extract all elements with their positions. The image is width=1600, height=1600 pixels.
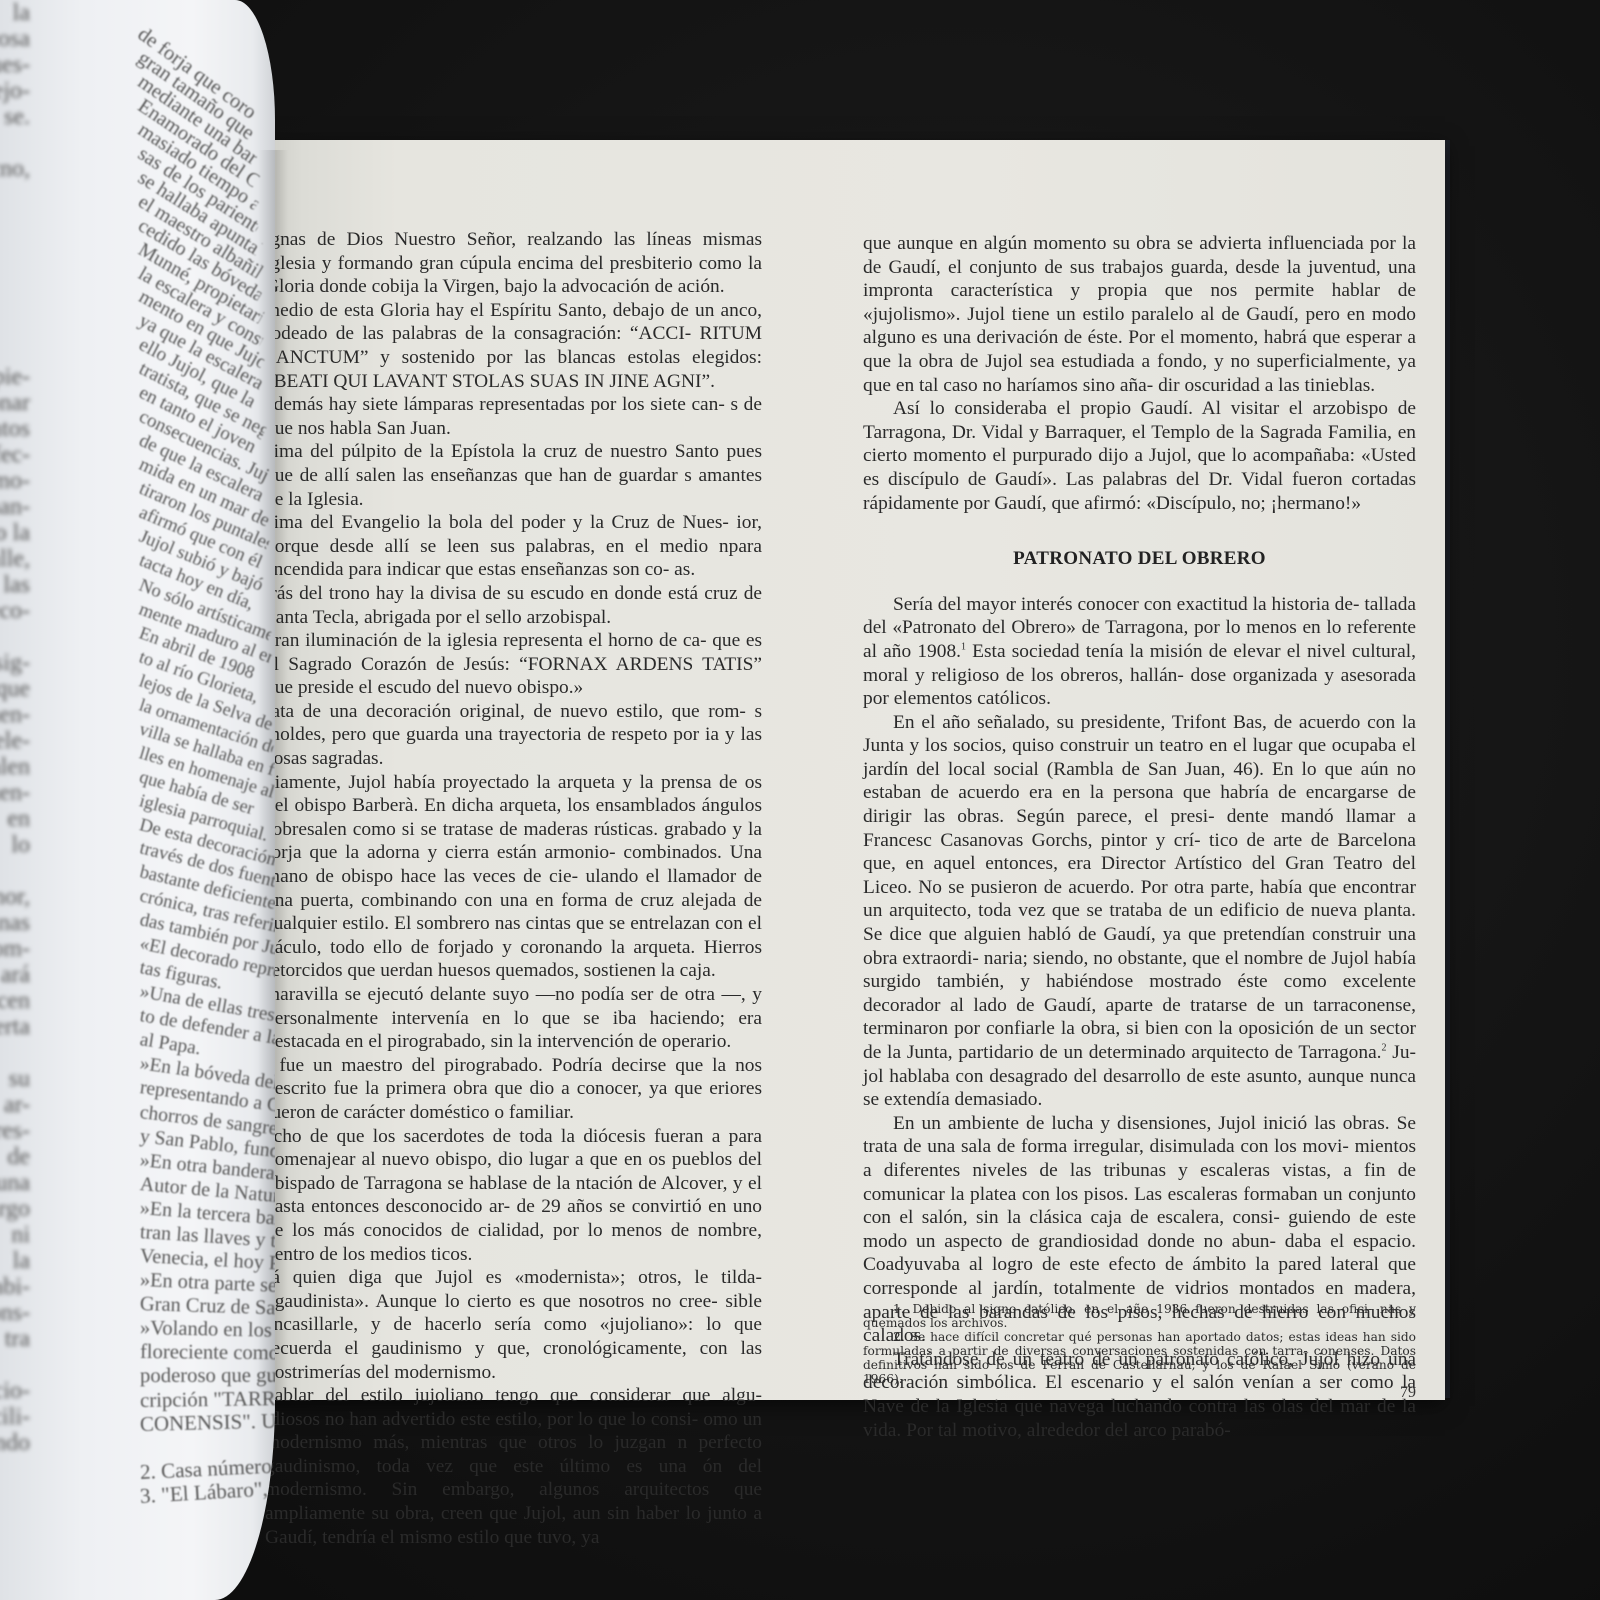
margin-fragment	[0, 1040, 30, 1066]
footnotes: 1. Debido al signo católico, en el año 1…	[863, 1302, 1416, 1386]
paragraph: además hay siete lámparas representadas …	[265, 393, 762, 440]
margin-fragment	[0, 260, 30, 286]
curled-line: poderoso que guarda	[140, 1364, 275, 1388]
margin-fragment: la	[0, 1248, 30, 1274]
margin-fragment	[0, 312, 30, 338]
margin-fragment: nues-	[0, 52, 30, 78]
margin-fragment: ele-	[0, 728, 30, 754]
footnote-2: 2. Se hace difícil concretar qué persona…	[863, 1330, 1416, 1386]
margin-fragment: uen-	[0, 780, 30, 806]
right-page-right-column: que aunque en algún momento su obra se a…	[863, 232, 1416, 1442]
paragraph: maravilla se ejecutó delante suyo —no po…	[265, 983, 762, 1054]
margin-fragment: mo-	[0, 468, 30, 494]
margin-fragment	[0, 1352, 30, 1378]
margin-fragment: nen-	[0, 702, 30, 728]
curled-line: cripción "TARRAC	[140, 1386, 275, 1412]
margin-fragment: abi-	[0, 1274, 30, 1300]
margin-fragment: ifec-	[0, 442, 30, 468]
margin-fragment: ons-	[0, 1300, 30, 1326]
margin-fragment: erta	[0, 1014, 30, 1040]
margin-fragment: ni	[0, 1222, 30, 1248]
margin-fragment: cosa	[0, 26, 30, 52]
paragraph: hablar del estilo jujoliano tengo que co…	[265, 1384, 762, 1549]
margin-fragment	[0, 286, 30, 312]
left-page-curled: lacosanues-rejo-se. ocno, pie-onarntosif…	[0, 0, 275, 1600]
margin-fragment	[0, 858, 30, 884]
section-heading: PATRONATO DEL OBRERO	[863, 547, 1416, 571]
margin-fragment: lo	[0, 832, 30, 858]
paragraph: rata de una decoración original, de nuev…	[265, 700, 762, 771]
margin-fragment: su	[0, 1066, 30, 1092]
margin-fragment: se.	[0, 104, 30, 130]
curled-line: floreciente como a Virgen	[140, 1340, 275, 1365]
paragraph: que aunque en algún momento su obra se a…	[863, 232, 1416, 397]
margin-fragment: acio-	[0, 1378, 30, 1404]
margin-fragment: nor,	[0, 884, 30, 910]
margin-fragment: la	[0, 0, 30, 26]
margin-fragment: cen	[0, 988, 30, 1014]
margin-fragment: cili-	[0, 1404, 30, 1430]
paragraph: ignas de Dios Nuestro Señor, realzando l…	[265, 228, 762, 299]
left-page-blurred-margin: lacosanues-rejo-se. ocno, pie-onarntosif…	[0, 0, 30, 1600]
margin-fragment: ar-	[0, 1092, 30, 1118]
paragraph: echo de que los sacerdotes de toda la di…	[265, 1125, 762, 1267]
margin-fragment	[0, 208, 30, 234]
page-fold-shadow	[258, 150, 288, 1400]
footnote-1: 1. Debido al signo católico, en el año 1…	[863, 1302, 1416, 1330]
margin-fragment: rejo-	[0, 78, 30, 104]
margin-fragment: o la	[0, 520, 30, 546]
paragraph: l fue un maestro del pirograbado. Podría…	[265, 1054, 762, 1125]
margin-fragment: en	[0, 806, 30, 832]
margin-fragment: res-	[0, 1118, 30, 1144]
paragraph: viamente, Jujol había proyectado la arqu…	[265, 771, 762, 983]
margin-fragment: argo	[0, 1196, 30, 1222]
margin-fragment: ando	[0, 1430, 30, 1456]
paragraph: rá quien diga que Jujol es «modernista»;…	[265, 1266, 762, 1384]
paragraph: cima del Evangelio la bola del poder y l…	[265, 511, 762, 582]
margin-fragment: una	[0, 1170, 30, 1196]
curled-line: »Volando en los ángulos	[140, 1316, 275, 1343]
page-number: 79	[1400, 1384, 1416, 1402]
paragraph: trás del trono hay la divisa de su escud…	[265, 582, 762, 629]
margin-fragment: ntos	[0, 416, 30, 442]
margin-fragment: tra	[0, 1326, 30, 1352]
margin-fragment	[0, 130, 30, 156]
paragraph: medio de esta Gloria hay el Espíritu San…	[265, 299, 762, 393]
paragraph: Así lo consideraba el propio Gaudí. Al v…	[863, 397, 1416, 515]
margin-fragment	[0, 338, 30, 364]
paragraph: gran iluminación de la iglesia represent…	[265, 629, 762, 700]
margin-fragment: inas	[0, 910, 30, 936]
left-page-curled-text: de forja que coronagran tamaño que adorn…	[140, 20, 275, 1508]
margin-fragment: alle,	[0, 546, 30, 572]
margin-fragment: nan-	[0, 494, 30, 520]
margin-fragment: de	[0, 1144, 30, 1170]
margin-fragment: que	[0, 676, 30, 702]
margin-fragment	[0, 624, 30, 650]
margin-fragment	[0, 234, 30, 260]
margin-fragment: onar	[0, 390, 30, 416]
margin-fragment: eco-	[0, 598, 30, 624]
margin-fragment: pie-	[0, 364, 30, 390]
margin-fragment: ará	[0, 962, 30, 988]
paragraph: En el año señalado, su presidente, Trifo…	[863, 711, 1416, 1112]
right-page-left-column: ignas de Dios Nuestro Señor, realzando l…	[265, 228, 762, 1549]
margin-fragment	[0, 182, 30, 208]
margin-fragment: ocno,	[0, 156, 30, 182]
margin-fragment: sig-	[0, 650, 30, 676]
margin-fragment: las	[0, 572, 30, 598]
paragraph: cima del púlpito de la Epístola la cruz …	[265, 440, 762, 511]
margin-fragment: om-	[0, 936, 30, 962]
margin-fragment: alen	[0, 754, 30, 780]
paragraph: Sería del mayor interés conocer con exac…	[863, 593, 1416, 711]
